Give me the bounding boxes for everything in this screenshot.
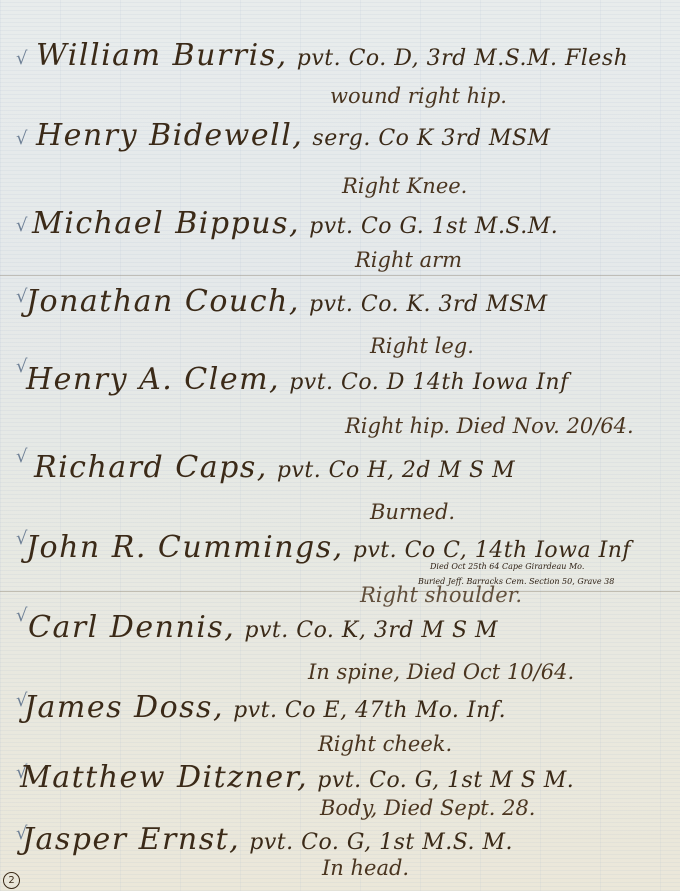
soldier-name: Henry Bidewell,	[36, 118, 303, 153]
soldier-name: William Burris,	[36, 38, 288, 73]
wound-description: Right hip. Died Nov. 20/64.	[345, 414, 634, 438]
soldier-name: John R. Cummings,	[26, 530, 344, 565]
soldier-name: Jonathan Couch,	[26, 284, 300, 319]
annotation-death-note: Died Oct 25th 64 Cape Girardeau Mo.	[430, 562, 584, 571]
soldier-unit: pvt. Co. D 14th Iowa Inf	[289, 370, 569, 395]
checkmark-icon: √	[16, 215, 27, 236]
soldier-unit: pvt. Co. D, 3rd M.S.M. Flesh	[297, 46, 629, 71]
handwritten-casualty-list-page: √ William Burris, pvt. Co. D, 3rd M.S.M.…	[0, 0, 680, 891]
wound-description: In head.	[322, 856, 409, 880]
soldier-name: Matthew Ditzner,	[20, 760, 308, 795]
soldier-name: Richard Caps,	[34, 450, 268, 485]
soldier-unit: pvt. Co G. 1st M.S.M.	[309, 214, 558, 239]
paper-fold-line	[0, 275, 680, 276]
wound-description: Right Knee.	[342, 174, 467, 198]
wound-description: Burned.	[370, 500, 455, 524]
soldier-unit: pvt. Co. G, 1st M S M.	[317, 768, 574, 793]
wound-description: Body, Died Sept. 28.	[320, 796, 536, 820]
wound-description: wound right hip.	[330, 84, 507, 108]
soldier-name: Michael Bippus,	[32, 206, 300, 241]
soldier-unit: pvt. Co C, 14th Iowa Inf	[353, 538, 631, 563]
checkmark-icon: √	[16, 48, 27, 69]
wound-description: Right arm	[355, 248, 462, 272]
soldier-unit: pvt. Co. K. 3rd MSM	[309, 292, 548, 317]
wound-description: Right leg.	[370, 334, 474, 358]
soldier-unit: serg. Co K 3rd MSM	[312, 126, 550, 151]
wound-description: In spine, Died Oct 10/64.	[308, 660, 574, 684]
soldier-name: Henry A. Clem,	[26, 362, 280, 397]
soldier-name: Carl Dennis,	[28, 610, 235, 645]
soldier-name: James Doss,	[24, 690, 224, 725]
page-number-circle: 2	[3, 872, 20, 889]
soldier-unit: pvt. Co. G, 1st M.S. M.	[249, 830, 513, 855]
soldier-unit: pvt. Co. K, 3rd M S M	[244, 618, 498, 643]
checkmark-icon: √	[16, 446, 27, 467]
paper-fold-line	[0, 591, 680, 592]
soldier-unit: pvt. Co H, 2d M S M	[277, 458, 515, 483]
soldier-name: Jasper Ernst,	[22, 822, 240, 857]
wound-description: Right shoulder.	[360, 583, 522, 607]
checkmark-icon: √	[16, 128, 27, 149]
soldier-unit: pvt. Co E, 47th Mo. Inf.	[233, 698, 506, 723]
wound-description: Right cheek.	[318, 732, 452, 756]
checkmark-icon: √	[16, 605, 27, 626]
